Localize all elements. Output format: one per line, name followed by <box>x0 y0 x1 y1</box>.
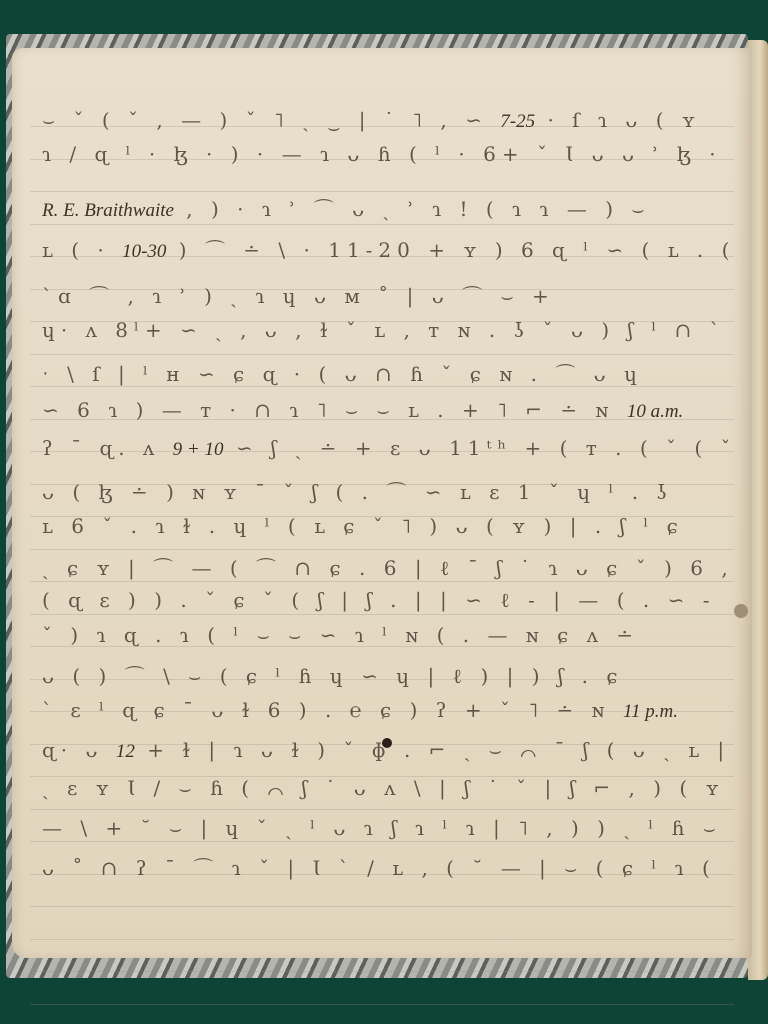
ruled-line <box>30 1004 734 1005</box>
shorthand-text: ʟ 6 ˇ . ɿ ɫ . ɥ ˡ ( ʟ ɕ ˇ ˥ ) ᴗ ( ʏ ) | … <box>42 514 684 538</box>
shorthand-text: ɿ / ɋ ˡ · ɮ · ) · — ɿ ᴗ ɦ ( ˡ · 6+ ˇ Ɩ ᴗ… <box>42 142 728 166</box>
longhand-text: 10 a.m. <box>627 401 683 422</box>
shorthand-line: ʟ ( · 10-30 ) ⌒ ∸ \ · 11-20 + ʏ ) 6 ɋ ˡ … <box>42 234 728 264</box>
shorthand-text: ˇ ) ɿ ɋ . ɿ ( ˡ ⌣ ⌣ ∽ ɿ ˡ ɴ ( . — ɴ ɕ ʌ … <box>42 623 639 647</box>
shorthand-line: ᴗ ( ) ⌒ \ ⌣ ( ɕ ˡ ɦ ɥ ∽ ɥ | ℓ ) | ) ʃ . … <box>42 660 728 690</box>
shorthand-line: ɥ· ᴧ 8ˡ+ ∽ ˎ , ᴗ , ɫ ˇ ʟ , ᴛ ɴ . ʖ ˇ ᴗ )… <box>42 318 728 348</box>
longhand-text: 10-30 <box>122 241 166 262</box>
ink-blot <box>734 604 748 618</box>
shorthand-text: — \ + ˘ ⌣ | ɥ ˇ ˎ ˡ ᴗ ɿ ʃ ɿ ˡ ɿ | ˥ , ) … <box>42 816 728 840</box>
shorthand-line: ᴗ ( ɮ ∸ ) ɴ ʏ ˉ ˇ ʃ ( . ⌒ ∽ ʟ ɛ 1 ˇ ɥ ˡ … <box>42 476 728 506</box>
shorthand-line: ˇ ) ɿ ɋ . ɿ ( ˡ ⌣ ⌣ ∽ ɿ ˡ ɴ ( . — ɴ ɕ ʌ … <box>42 623 728 653</box>
ruled-line <box>30 939 734 940</box>
ruled-line <box>30 549 734 550</box>
ruled-line <box>30 191 734 192</box>
shorthand-text: ʟ ( · <box>42 238 110 262</box>
shorthand-text: ɋ· ᴗ <box>42 738 104 762</box>
shorthand-line: R. E. Braithwaite , ) · ɿ ʾ ⌒ ᴗ ˎ ʾ ɿ ! … <box>42 193 728 223</box>
ruled-line <box>30 906 734 907</box>
shorthand-text: ∽ ʃ ˎ ∸ + ɛ ᴗ 11ᵗʰ + ( ᴛ . ( ˇ ( ˇ , — <box>236 436 728 460</box>
shorthand-line: ˎ ɛ ʏ Ɩ / ⌣ ɦ ( ⌒ ʃ ˙ ᴗ ʌ \ | ʃ ˙ ˇ | ʃ … <box>42 776 728 806</box>
shorthand-text: ˋ ɛ ˡ ɋ ɕ ˉ ᴗ ɫ 6 ) . ℮ ɕ ) ʔ + ˇ ˥ ∸ ɴ <box>42 698 611 722</box>
notebook-page: ⌣ ˇ ( ˇ , — ) ˇ ˥ ˎ ‿ | ˙ ˥ , ∽ 7-25 · ſ… <box>12 48 752 958</box>
shorthand-line: ᴗ ˚ ∩ ʔ ˉ ⌒ ɿ ˇ | Ɩ ˋ / ʟ , ( ˘ — | ⌣ ( … <box>42 852 728 882</box>
shorthand-text: ᴗ ˚ ∩ ʔ ˉ ⌒ ɿ ˇ | Ɩ ˋ / ʟ , ( ˘ — | ⌣ ( … <box>42 856 716 880</box>
shorthand-line: ⌣ ˇ ( ˇ , — ) ˇ ˥ ˎ ‿ | ˙ ˥ , ∽ 7-25 · ſ… <box>42 108 728 138</box>
ruled-line <box>30 224 734 225</box>
shorthand-line: ʟ 6 ˇ . ɿ ɫ . ɥ ˡ ( ʟ ɕ ˇ ˥ ) ᴗ ( ʏ ) | … <box>42 514 728 544</box>
shorthand-text: ᴗ ( ) ⌒ \ ⌣ ( ɕ ˡ ɦ ɥ ∽ ɥ | ℓ ) | ) ʃ . … <box>42 664 624 688</box>
shorthand-line: ( ɋ ɛ ) ) . ˇ ɕ ˇ ( ʃ | ʃ . | | ∽ ℓ - | … <box>42 588 728 618</box>
ruled-line <box>30 354 734 355</box>
shorthand-text: ˋɑ ⌒ , ɿ ʾ ) ˏ ɿ ɥ ᴗ ᴍ ˚ | ᴗ ⌒ ⌣ + <box>42 284 555 308</box>
shorthand-line: ˋ ɛ ˡ ɋ ɕ ˉ ᴗ ɫ 6 ) . ℮ ɕ ) ʔ + ˇ ˥ ∸ ɴ … <box>42 698 728 728</box>
shorthand-line: ∽ 6 ɿ ) — ᴛ · ∩ ɿ ˥ ⌣ ⌣ ʟ . + ˥ ⌐ ∸ ɴ 10… <box>42 398 728 428</box>
shorthand-text: ( ɋ ɛ ) ) . ˇ ɕ ˇ ( ʃ | ʃ . | | ∽ ℓ - | … <box>42 588 728 612</box>
ink-blot <box>382 738 392 748</box>
shorthand-line: ˏ ɕ ʏ | ⌒ — ( ⌒ ∩ ɕ . 6 | ℓ ˉ ʃ ˙ ɿ ᴗ ɕ … <box>42 552 728 582</box>
shorthand-text: ˑ \ ſ | ˡ ʜ ∽ ɕ ɋ · ( ᴗ ∩ ɦ ˇ ɕ ɴ . ⌒ ᴗ … <box>42 362 643 386</box>
shorthand-text: ⌣ ˇ ( ˇ , — ) ˇ ˥ ˎ ‿ | ˙ ˥ , ∽ <box>42 108 488 132</box>
shorthand-text: ∽ 6 ɿ ) — ᴛ · ∩ ɿ ˥ ⌣ ⌣ ʟ . + ˥ ⌐ ∸ ɴ <box>42 398 614 422</box>
longhand-text: 9 + 10 <box>173 439 224 460</box>
longhand-text: 11 p.m. <box>623 701 678 722</box>
ruled-line <box>30 971 734 972</box>
shorthand-text: , ) · ɿ ʾ ⌒ ᴗ ˎ ʾ ɿ ! ( ɿ ɿ — ) ⌣ <box>186 197 650 221</box>
shorthand-text: + ɫ | ɿ ᴗ ɫ ) ˇ ɸ . ⌐ ˎ ⌣ ⌒ ˉ ʃ ( ᴗ ˎ ʟ … <box>147 738 728 762</box>
shorthand-line: ˑ \ ſ | ˡ ʜ ∽ ɕ ɋ · ( ᴗ ∩ ɦ ˇ ɕ ɴ . ⌒ ᴗ … <box>42 358 728 388</box>
longhand-text: R. E. Braithwaite <box>42 200 174 221</box>
shorthand-text: ʔ ˉ ɋ. ᴧ <box>42 436 160 460</box>
ruled-line <box>30 809 734 810</box>
shorthand-line: ɿ / ɋ ˡ · ɮ · ) · — ɿ ᴗ ɦ ( ˡ · 6+ ˇ Ɩ ᴗ… <box>42 142 728 172</box>
shorthand-text: ɥ· ᴧ 8ˡ+ ∽ ˎ , ᴗ , ɫ ˇ ʟ , ᴛ ɴ . ʖ ˇ ᴗ )… <box>42 318 726 342</box>
shorthand-text: ) ⌒ ∸ \ · 11-20 + ʏ ) 6 ɋ ˡ ∽ ( ʟ . ( <box>179 238 728 262</box>
shorthand-line: — \ + ˘ ⌣ | ɥ ˇ ˎ ˡ ᴗ ɿ ʃ ɿ ˡ ɿ | ˥ , ) … <box>42 816 728 846</box>
longhand-text: 7-25 <box>500 111 535 132</box>
longhand-text: 12 <box>116 741 135 762</box>
shorthand-text: ᴗ ( ɮ ∸ ) ɴ ʏ ˉ ˇ ʃ ( . ⌒ ∽ ʟ ɛ 1 ˇ ɥ ˡ … <box>42 480 673 504</box>
shorthand-line: ʔ ˉ ɋ. ᴧ 9 + 10 ∽ ʃ ˎ ∸ + ɛ ᴗ 11ᵗʰ + ( ᴛ… <box>42 436 728 466</box>
shorthand-text: ˏ ɕ ʏ | ⌒ — ( ⌒ ∩ ɕ . 6 | ℓ ˉ ʃ ˙ ɿ ᴗ ɕ … <box>42 556 728 580</box>
shorthand-text: ˎ ɛ ʏ Ɩ / ⌣ ɦ ( ⌒ ʃ ˙ ᴗ ʌ \ | ʃ ˙ ˇ | ʃ … <box>42 776 725 800</box>
shorthand-line: ˋɑ ⌒ , ɿ ʾ ) ˏ ɿ ɥ ᴗ ᴍ ˚ | ᴗ ⌒ ⌣ + <box>42 280 728 310</box>
shorthand-text: · ſ ɿ ᴗ ( ʏ <box>547 108 701 132</box>
